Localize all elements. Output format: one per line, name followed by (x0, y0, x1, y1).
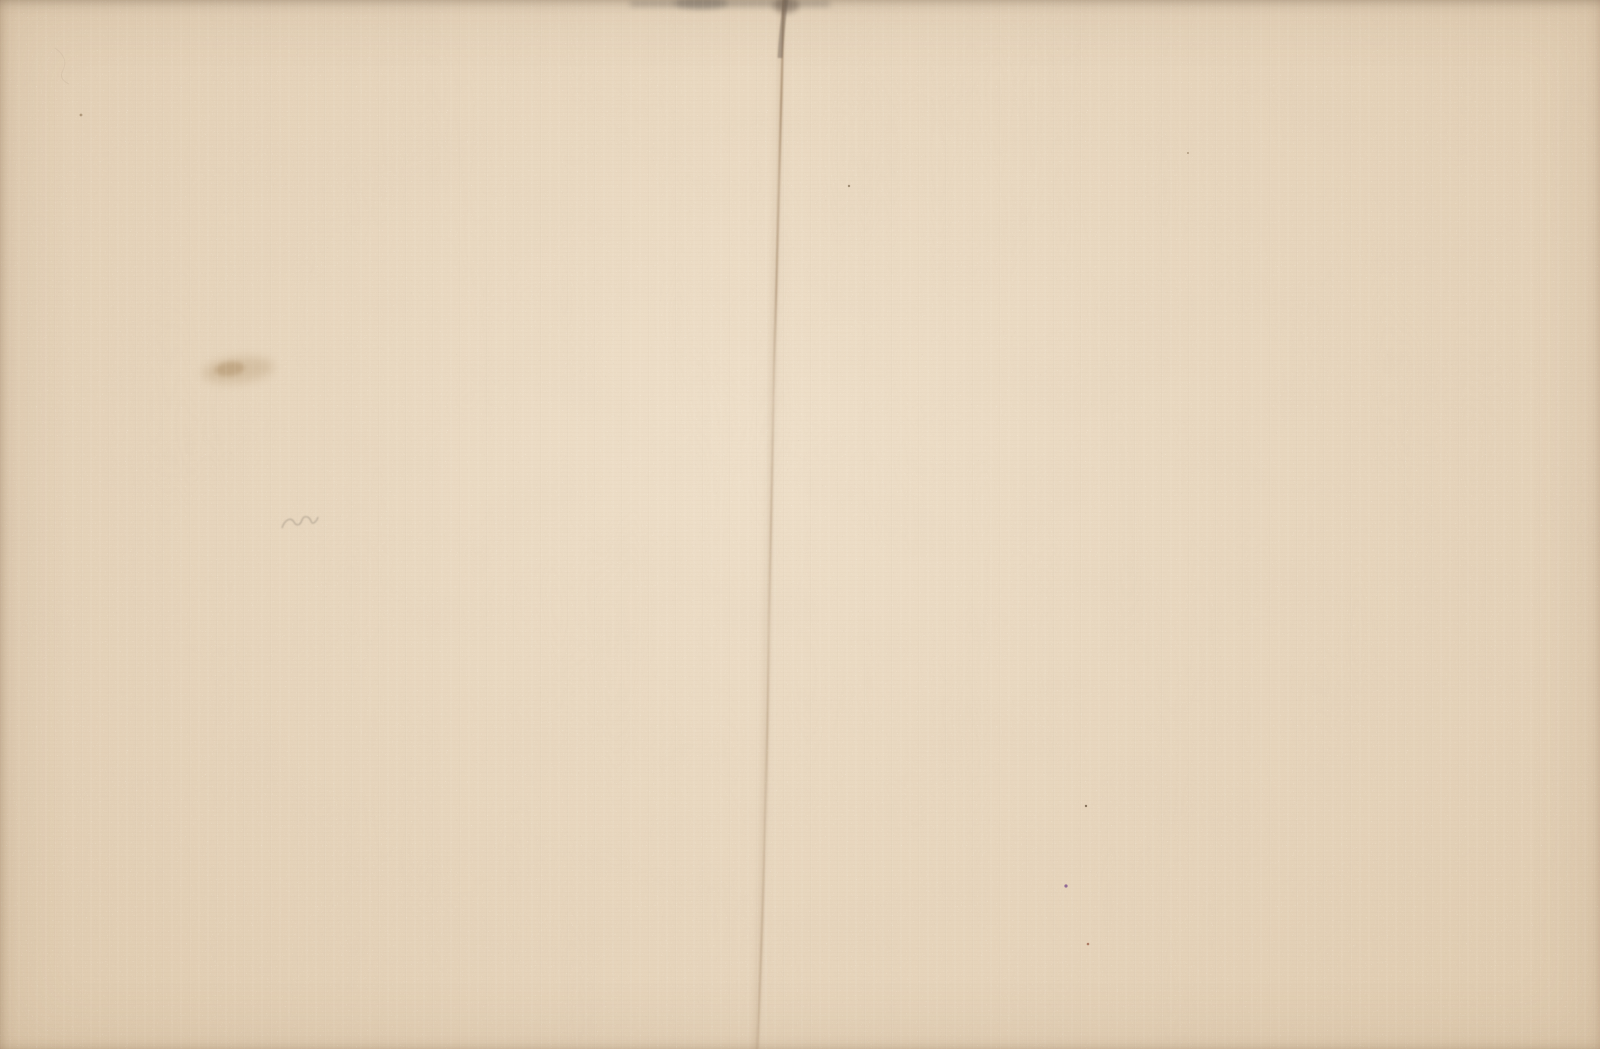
paper-speck (80, 114, 83, 117)
paper-speck (1087, 943, 1090, 946)
paper-speck (1064, 884, 1067, 887)
top-edge-smudge-band (630, 0, 830, 7)
paper-speck (848, 185, 850, 187)
paper-grain-dark (0, 0, 1600, 1049)
paper-speck (1085, 805, 1087, 807)
paper-texture-svg (0, 0, 1600, 1049)
paper-scan-page (0, 0, 1600, 1049)
paper-speck (1187, 152, 1189, 154)
